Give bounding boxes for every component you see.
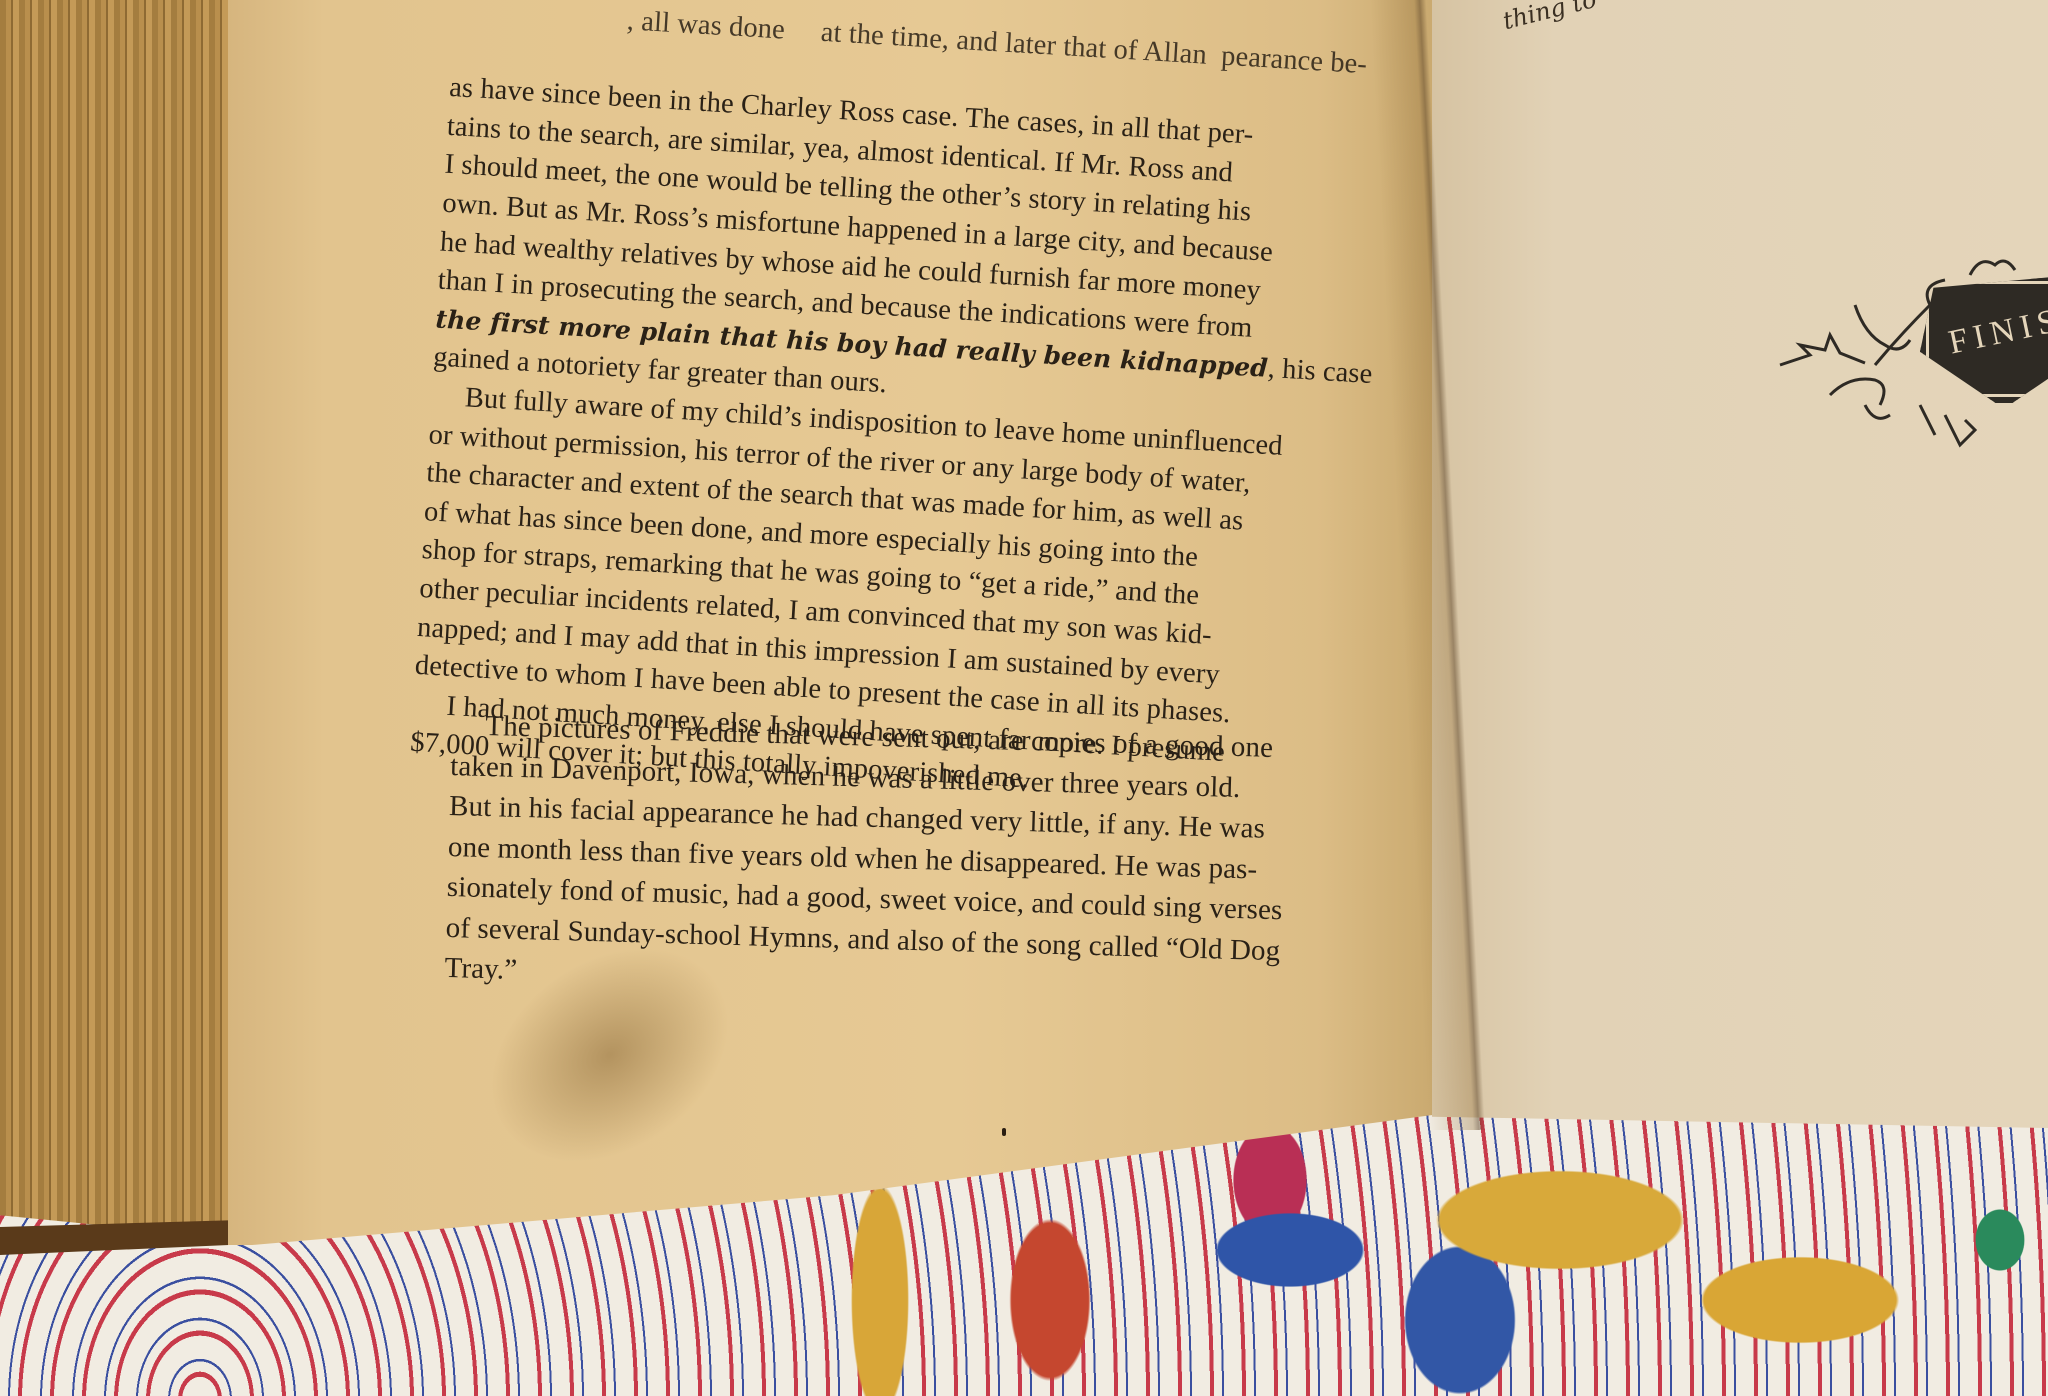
text-fragment: , his case: [1267, 353, 1373, 390]
left-page-lower-text: The pictures of Freddie that were sent o…: [444, 705, 1332, 1013]
finis-ornament: FINIS: [1770, 245, 2048, 455]
book-page-edges: [0, 0, 250, 1240]
right-page: [1432, 0, 2048, 1128]
ink-speck: [1002, 1128, 1006, 1136]
left-page-upper-text: , all was done at the time, and later th…: [409, 0, 1333, 815]
